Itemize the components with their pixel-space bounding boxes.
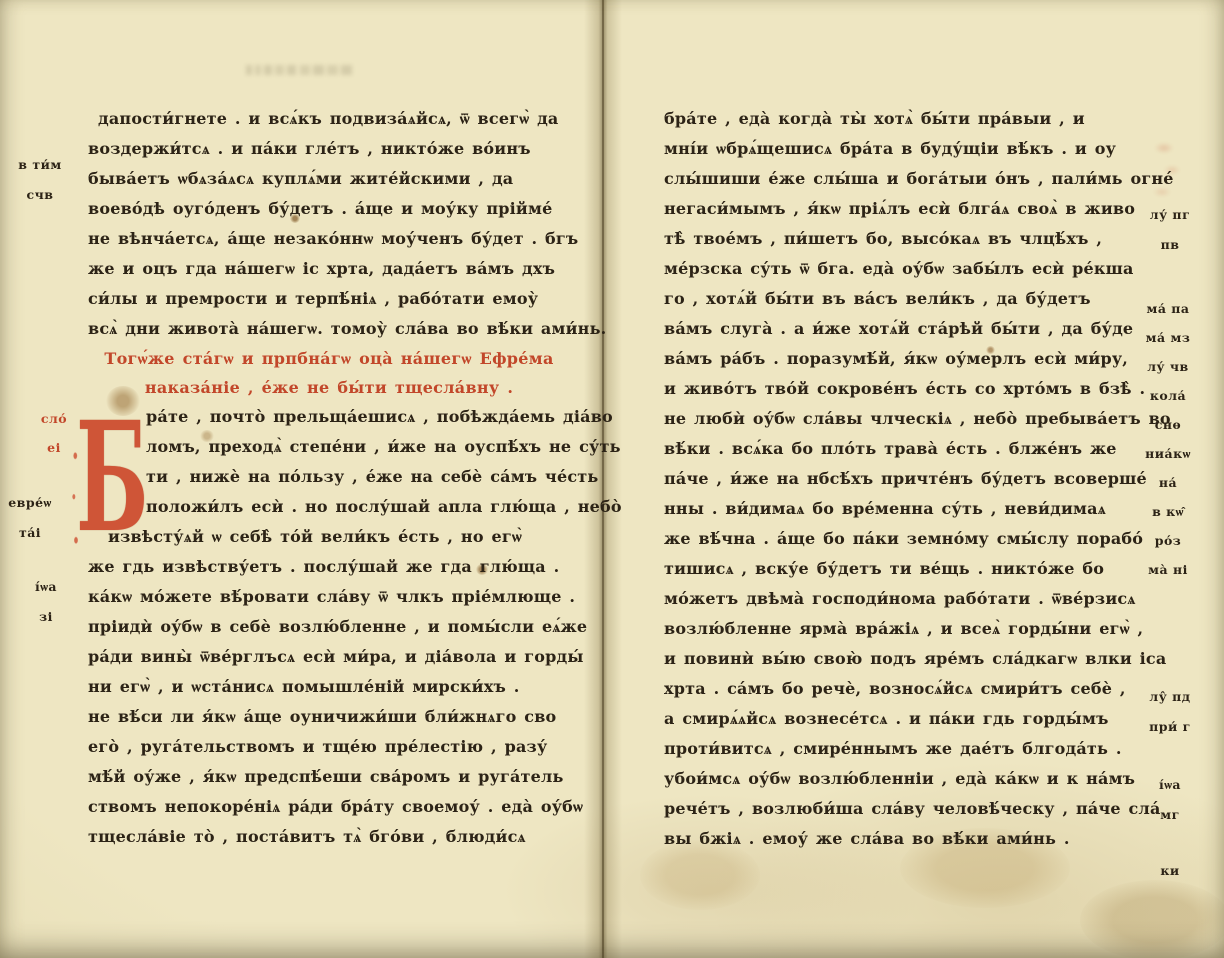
text-line: же гдь извѣству́етъ . послу́шай же гда г…	[88, 552, 570, 582]
margin-note-line: счв	[12, 180, 68, 210]
text-line: си́лы и премрости и терпѣ́ніѧ , рабо́тат…	[88, 284, 570, 314]
text-line: ра́те , почто̀ прельща́ешисѧ , побѣжда́е…	[88, 402, 570, 432]
margin-note-john-43: і́ѡамг	[1142, 770, 1198, 830]
text-line: убои́мсѧ оу́бѡ возлю́бленніи , еда̀ ка́к…	[664, 764, 1138, 794]
text-line: же вѣ́чна . а́ще бо па́ки земно́му смы́с…	[664, 524, 1138, 554]
text-line: тщесла́віе то̀ , поста́витъ тѧ̀ бго́ви ,…	[88, 822, 570, 852]
text-line: же и оцъ гда на́шегѡ іс хрта, дада́етъ в…	[88, 254, 570, 284]
text-line: извѣсту́ѧй ѡ себѣ̀ то́й вели́къ е́сть , …	[88, 522, 570, 552]
text-line: ломъ, преходѧ̀ степе́ни , и́же на оуспѣ́…	[88, 432, 570, 462]
text-line: ра́ди вины̀ ѿве́рглъсѧ есѝ ми́ра, и діа́…	[88, 642, 570, 672]
margin-note-line: при́ г	[1142, 712, 1198, 742]
margin-note-hebrews: евре́ѡта́і	[2, 488, 58, 548]
margin-note-line: ма́ па	[1140, 294, 1196, 323]
margin-note-john: і́ѡазі	[18, 572, 74, 632]
text-line: возлю́бленне ярма̀ вра́жіѧ , и всеѧ̀ гор…	[664, 614, 1138, 644]
text-line: дапости́гнете . и всѧ́къ подвиза́ѧйсѧ, ѿ…	[88, 104, 570, 134]
text-line: пріидѝ оу́бѡ в себѐ возлю́бленне , и пом…	[88, 612, 570, 642]
margin-note-line: лу́ пг	[1142, 200, 1198, 230]
margin-note-line: та́і	[2, 518, 58, 548]
text-line: не вѣ́си ли я́кѡ а́ще оуничижи́ши бли́жн…	[88, 702, 570, 732]
text-line: воево́дѣ оуго́денъ бу́детъ . а́ще и моу́…	[88, 194, 570, 224]
margin-note-2tim: в ти́мсчв	[12, 150, 68, 210]
left-text-column: дапости́гнете . и всѧ́къ подвиза́ѧйсѧ, ѿ…	[88, 104, 570, 852]
text-line: а смирѧ́ѧйсѧ вознесе́тсѧ . и па́ки гдь г…	[664, 704, 1138, 734]
right-text-column: бра́те , еда̀ когда̀ ты̀ хотѧ̀ бы́ти пра…	[664, 104, 1138, 854]
paragraph-ending-previous-homily: дапости́гнете . и всѧ́къ подвиза́ѧйсѧ, ѿ…	[88, 104, 570, 344]
text-line: положи́лъ есѝ . но послу́шай апла глю́ща…	[88, 492, 570, 522]
paper-stain	[1080, 880, 1224, 958]
margin-note-line: снѳ	[1140, 410, 1196, 439]
margin-note-line: сло́	[26, 404, 82, 433]
text-line: рече́тъ , возлюби́ша сла́ву человѣ́ческу…	[664, 794, 1138, 824]
margin-note-references-column: ма́ пама́ мзлу́ чвкола́снѳниа́кѡна́в кѡ̂…	[1140, 294, 1196, 584]
margin-note-line: ма́ мз	[1140, 323, 1196, 352]
margin-note-line: зі	[18, 602, 74, 632]
text-line: быва́етъ ѡбѧза́ѧсѧ куплѧ́ми жите́йскими …	[88, 164, 570, 194]
rubric-heading-ephrem-on-vainglory: Тогѡ́же ста́гѡ и прпбна́гѡ оца̀ на́шегѡ …	[88, 344, 570, 402]
text-line: мні́и ѡбрѧ́щешисѧ бра́та в буду́щіи вѣ́к…	[664, 134, 1138, 164]
text-line: его̀ , руга́тельствомъ и тще́ю пре́лесті…	[88, 732, 570, 762]
text-line: мѣ́й оу́же , я́кѡ предспѣ́еши сва́ромъ и…	[88, 762, 570, 792]
margin-note-line: ма̀ ні	[1140, 555, 1196, 584]
margin-note-line: евре́ѡ	[2, 488, 58, 518]
text-line: воздержи́тсѧ . и па́ки гле́тъ , никто́же…	[88, 134, 570, 164]
margin-note-line: лу̂ пд	[1142, 682, 1198, 712]
rubric-heading-line: Тогѡ́же ста́гѡ и прпбна́гѡ оца̀ на́шегѡ …	[88, 344, 570, 373]
margin-note-line: пв	[1142, 230, 1198, 260]
margin-note-line: і́ѡа	[1142, 770, 1198, 800]
text-line: проти́витсѧ , смире́ннымъ же дае́тъ блго…	[664, 734, 1138, 764]
book-spread: в ти́мсчв сло́еі евре́ѡта́і і́ѡазі дапос…	[0, 0, 1224, 958]
text-line: го , хотѧ́й бы́ти въ ва́съ вели́къ , да …	[664, 284, 1138, 314]
margin-note-line: на́	[1140, 468, 1196, 497]
text-line: тишисѧ , вску́е бу́детъ ти ве́щь . никто…	[664, 554, 1138, 584]
margin-note-luke: лу́ пгпв	[1142, 200, 1198, 260]
text-line: ме́рзска су́ть ѿ бга. еда̀ оу́бѡ забы́лъ…	[664, 254, 1138, 284]
margin-note-line: ро́з	[1140, 526, 1196, 555]
margin-note-line: в кѡ̂	[1140, 497, 1196, 526]
text-line: хрта . са́мъ бо речѐ, возносѧ́йсѧ смири́…	[664, 674, 1138, 704]
paragraph-opening-lines: ра́те , почто̀ прельща́ешисѧ , побѣжда́е…	[88, 402, 570, 552]
text-line: не вѣнча́етсѧ, а́ще незако́ннѡ моу́ченъ …	[88, 224, 570, 254]
margin-note-line: мг	[1142, 800, 1198, 830]
text-line: ва́мъ слуга̀ . а и́же хотѧ́й ста́рѣй бы́…	[664, 314, 1138, 344]
text-line: и живо́тъ тво́й сокрове́нъ е́сть со хрто…	[664, 374, 1138, 404]
text-line: не любѝ оу́бѡ сла́вы члческіѧ , небо̀ пр…	[664, 404, 1138, 434]
margin-note-line: кола́	[1140, 381, 1196, 410]
text-line: мо́жетъ двѣма̀ господи́нома рабо́тати . …	[664, 584, 1138, 614]
text-line: па́че , и́же на нбсѣ́хъ причте́нъ бу́дет…	[664, 464, 1138, 494]
margin-note-line: ниа́кѡ	[1140, 439, 1196, 468]
margin-note-luke-proverbs: лу̂ пдпри́ г	[1142, 682, 1198, 742]
text-line: ти , нижѐ на по́льзу , е́же на себѐ са́м…	[88, 462, 570, 492]
text-line: негаси́мымъ , я́кѡ пріѧ́лъ есѝ блга́ѧ св…	[664, 194, 1138, 224]
text-line: бра́те , еда̀ когда̀ ты̀ хотѧ̀ бы́ти пра…	[664, 104, 1138, 134]
bleedthrough-ghost-text	[246, 58, 364, 82]
text-line: тѣ̀ твое́мъ , пи́шетъ бо, высо́каѧ въ чл…	[664, 224, 1138, 254]
text-line: вѣ́ки . всѧ́ка бо пло́ть трава̀ е́сть . …	[664, 434, 1138, 464]
margin-note-signature-mark: ки	[1142, 856, 1198, 886]
margin-note-line: і́ѡа	[18, 572, 74, 602]
text-line: вы бжіѧ . емоу́ же сла́ва во вѣ́ки ами́н…	[664, 824, 1138, 854]
ornate-drop-cap-initial: Б	[76, 402, 149, 553]
text-line: ни егѡ̀ , и ѡста́нисѧ помышле́ній мирски…	[88, 672, 570, 702]
text-line: нны . ви́димаѧ бо вре́менна су́ть , неви…	[664, 494, 1138, 524]
text-line: ка́кѡ мо́жете вѣ́ровати сла́ву ѿ члкъ пр…	[88, 582, 570, 612]
margin-note-line: ки	[1142, 856, 1198, 886]
margin-note-line: в ти́м	[12, 150, 68, 180]
text-line: всѧ̀ дни живота̀ на́шегѡ. томоу̀ сла́ва …	[88, 314, 570, 344]
margin-note-line: лу́ чв	[1140, 352, 1196, 381]
text-line: ствомъ непокоре́ніѧ ра́ди бра́ту своемоу…	[88, 792, 570, 822]
text-line: и повинѝ вы́ю свою̀ подъ яре́мъ сла́дкаг…	[664, 644, 1138, 674]
rubric-heading-line: наказа́ніе , е́же не бы́ти тщесла́вну .	[88, 373, 570, 402]
text-line: ва́мъ ра́бъ . поразумѣ́й, я́кѡ оу́мерлъ …	[664, 344, 1138, 374]
paragraph-body-lines: же гдь извѣству́етъ . послу́шай же гда г…	[88, 552, 570, 852]
text-line: слы́шиши е́же слы́ша и бога́тыи о́нъ , п…	[664, 164, 1138, 194]
